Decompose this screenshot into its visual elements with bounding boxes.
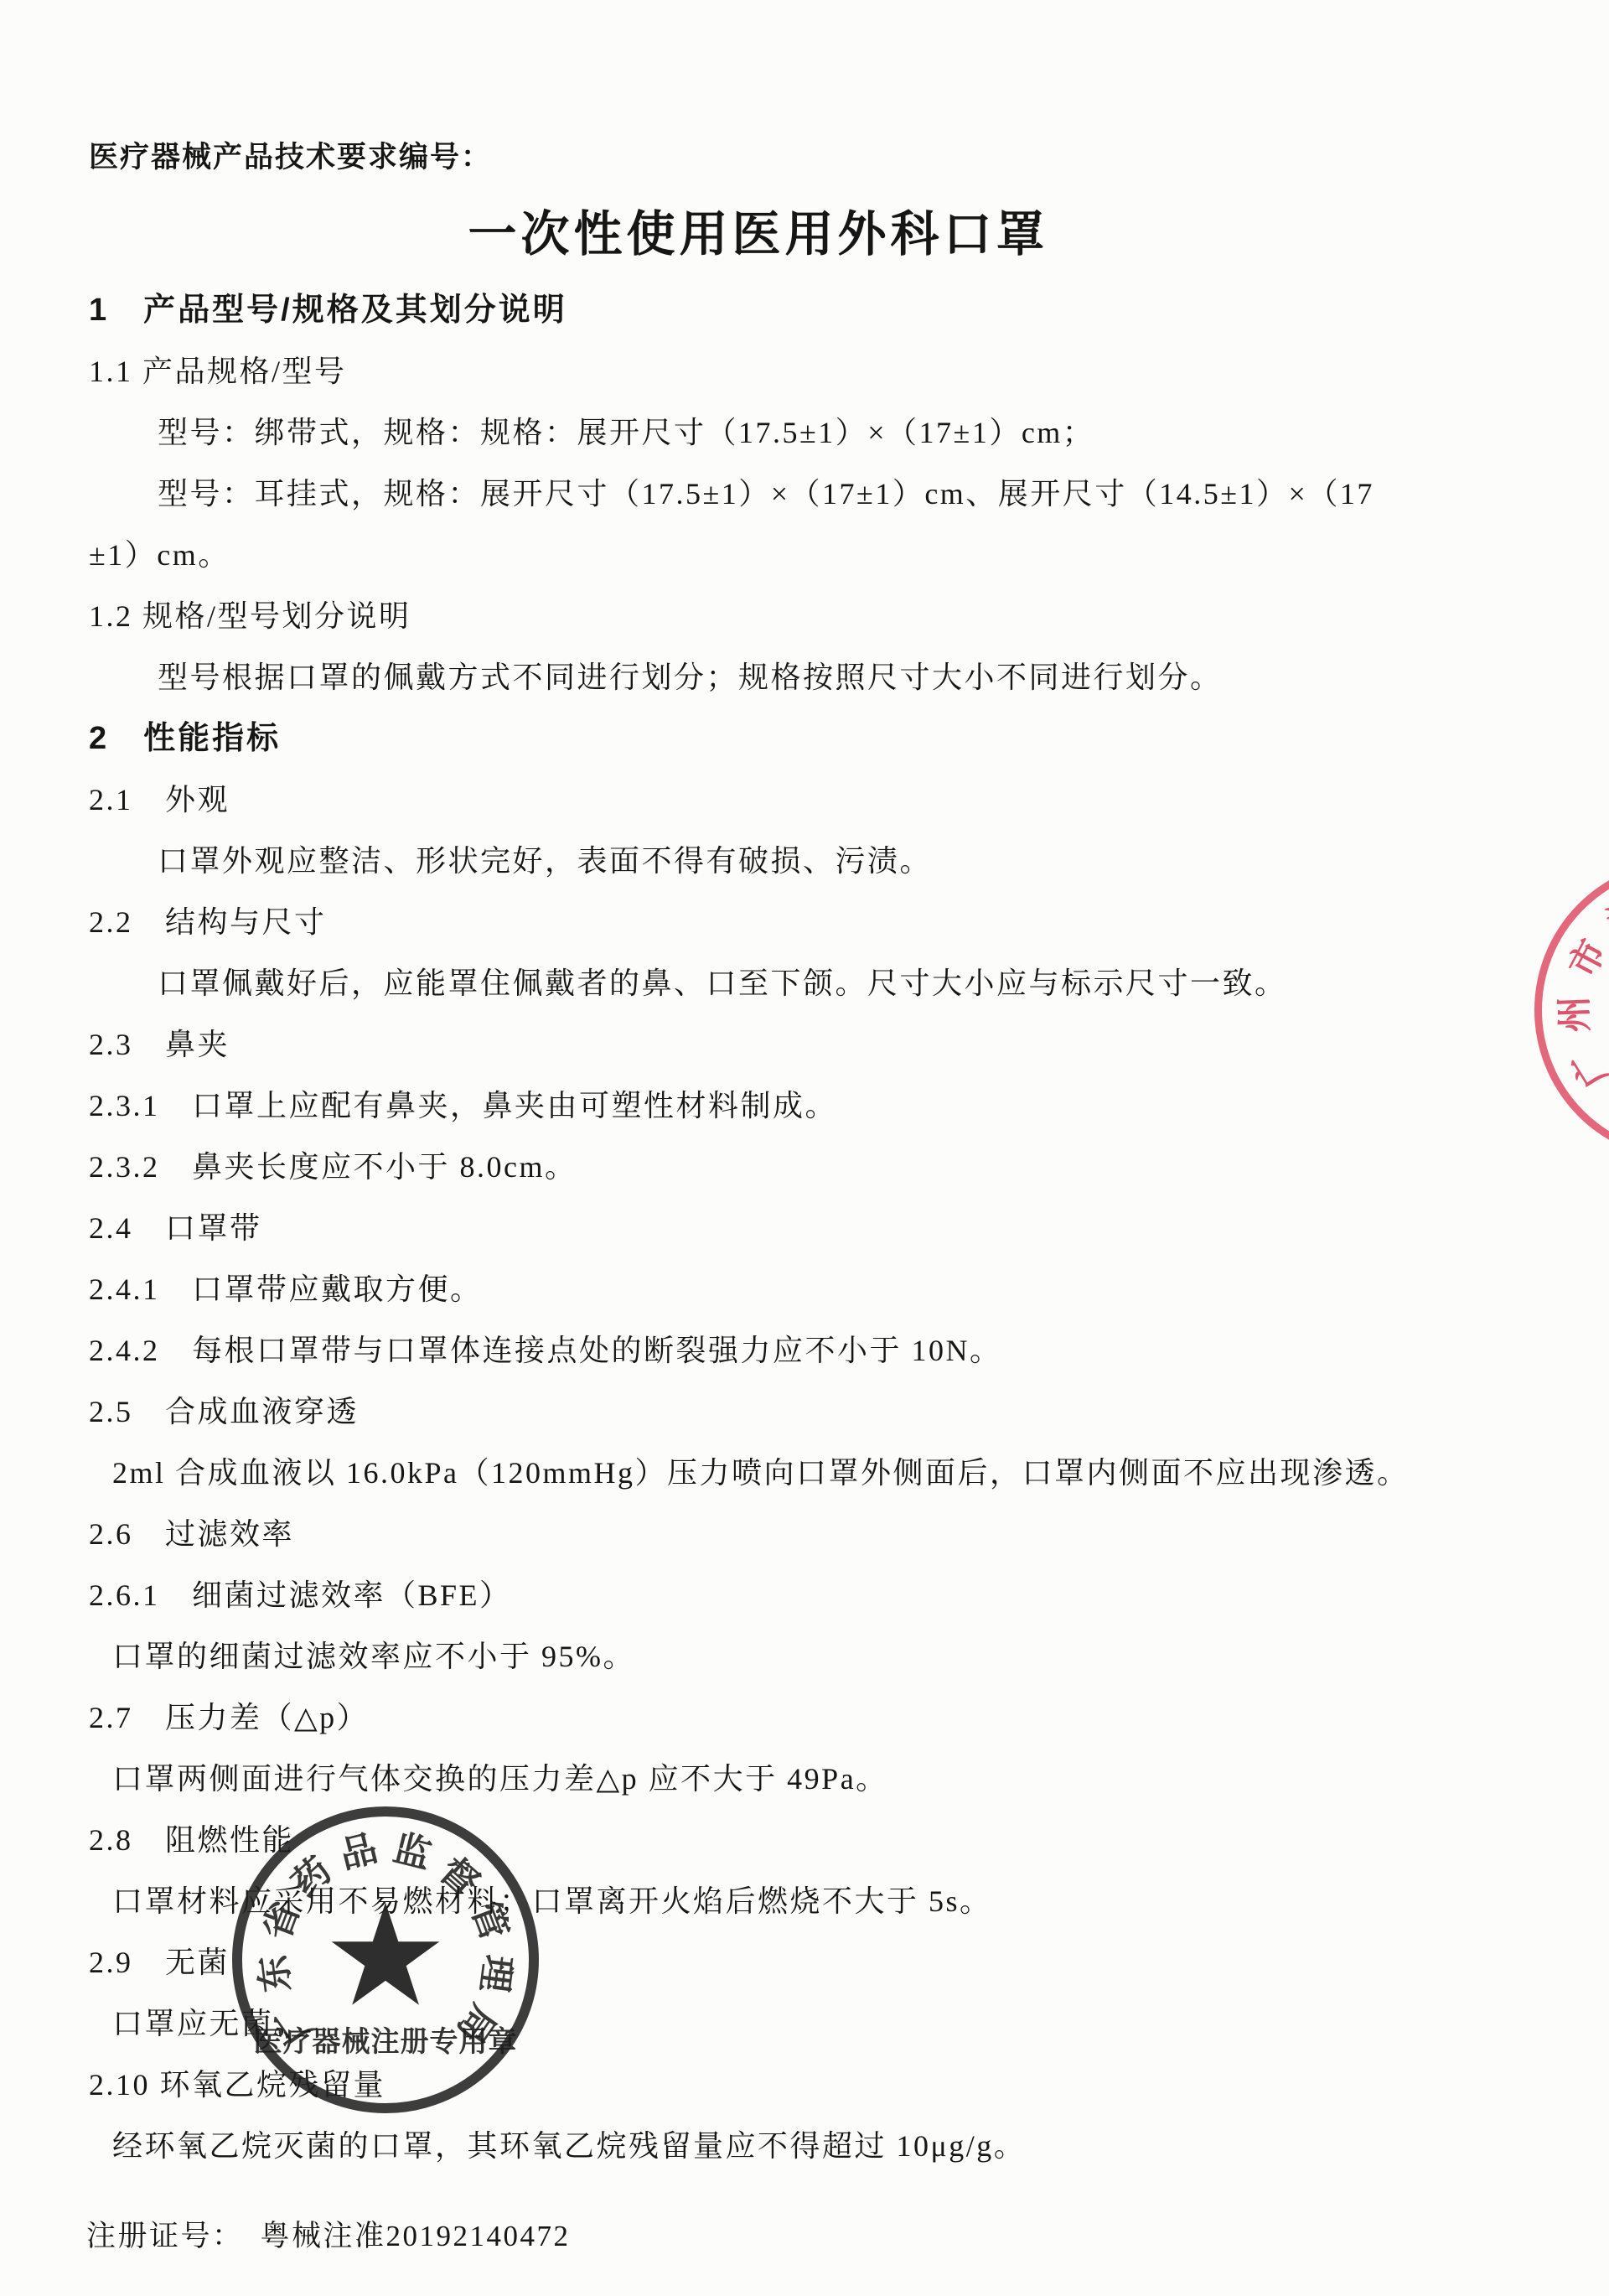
doc-line: 2.8 阻燃性能: [89, 1810, 1592, 1871]
registration-number: 注册证号： 粤械注准20192140472: [86, 2213, 571, 2255]
doc-line: 1 产品型号/规格及其划分说明: [89, 280, 1592, 341]
doc-line: 2 性能指标: [89, 708, 1592, 770]
doc-line: 2.3.1 口罩上应配有鼻夹，鼻夹由可塑性材料制成。: [89, 1075, 1592, 1137]
doc-line: 1.2 规格/型号划分说明: [89, 586, 1592, 647]
doc-line: ±1）cm。: [89, 525, 1592, 586]
doc-line: 2.4.2 每根口罩带与口罩体连接点处的断裂强力应不小于 10N。: [89, 1320, 1592, 1381]
doc-line: 2.3.2 鼻夹长度应不小于 8.0cm。: [89, 1137, 1592, 1198]
doc-line: 1.1 产品规格/型号: [89, 341, 1592, 402]
doc-line: 2.4 口罩带: [89, 1198, 1592, 1259]
doc-line: 2.2 结构与尺寸: [89, 892, 1592, 953]
doc-line: 经环氧乙烷灭菌的口罩，其环氧乙烷残留量应不得超过 10μg/g。: [89, 2116, 1592, 2177]
doc-line: 口罩两侧面进行气体交换的压力差△p 应不大于 49Pa。: [89, 1749, 1592, 1810]
doc-line: 2.6 过滤效率: [89, 1504, 1592, 1565]
doc-line: 型号：耳挂式，规格：展开尺寸（17.5±1）×（17±1）cm、展开尺寸（14.…: [89, 464, 1592, 525]
doc-line: 型号：绑带式，规格：规格：展开尺寸（17.5±1）×（17±1）cm；: [89, 402, 1592, 464]
doc-line: 2.3 鼻夹: [89, 1014, 1592, 1075]
doc-line: 2.4.1 口罩带应戴取方便。: [89, 1259, 1592, 1320]
page-title: 一次性使用医用外科口罩: [0, 194, 1563, 265]
doc-line: 口罩材料应采用不易燃材料；口罩离开火焰后燃烧不大于 5s。: [89, 1871, 1592, 1932]
doc-line: 2.7 压力差（△p）: [89, 1687, 1592, 1749]
doc-line: 口罩外观应整洁、形状完好，表面不得有破损、污渍。: [89, 831, 1592, 892]
doc-number-label: 医疗器械产品技术要求编号：: [89, 134, 492, 176]
doc-line: 型号根据口罩的佩戴方式不同进行划分；规格按照尺寸大小不同进行划分。: [89, 647, 1592, 708]
document-page: 医疗器械产品技术要求编号： 一次性使用医用外科口罩 1 产品型号/规格及其划分说…: [0, 0, 1609, 2296]
doc-line: 2.9 无菌: [89, 1932, 1592, 1993]
doc-line: 口罩应无菌。: [89, 1993, 1592, 2055]
doc-line: 口罩佩戴好后，应能罩住佩戴者的鼻、口至下颌。尺寸大小应与标示尺寸一致。: [89, 953, 1592, 1014]
doc-line: 2.10 环氧乙烷残留量: [89, 2055, 1592, 2116]
document-body: 1 产品型号/规格及其划分说明1.1 产品规格/型号型号：绑带式，规格：规格：展…: [89, 280, 1592, 2177]
doc-line: 2.5 合成血液穿透: [89, 1381, 1592, 1443]
doc-line: 2.1 外观: [89, 770, 1592, 831]
doc-line: 2.6.1 细菌过滤效率（BFE）: [89, 1565, 1592, 1626]
doc-line: 2ml 合成血液以 16.0kPa（120mmHg）压力喷向口罩外侧面后，口罩内…: [89, 1443, 1592, 1504]
doc-line: 口罩的细菌过滤效率应不小于 95%。: [89, 1626, 1592, 1687]
